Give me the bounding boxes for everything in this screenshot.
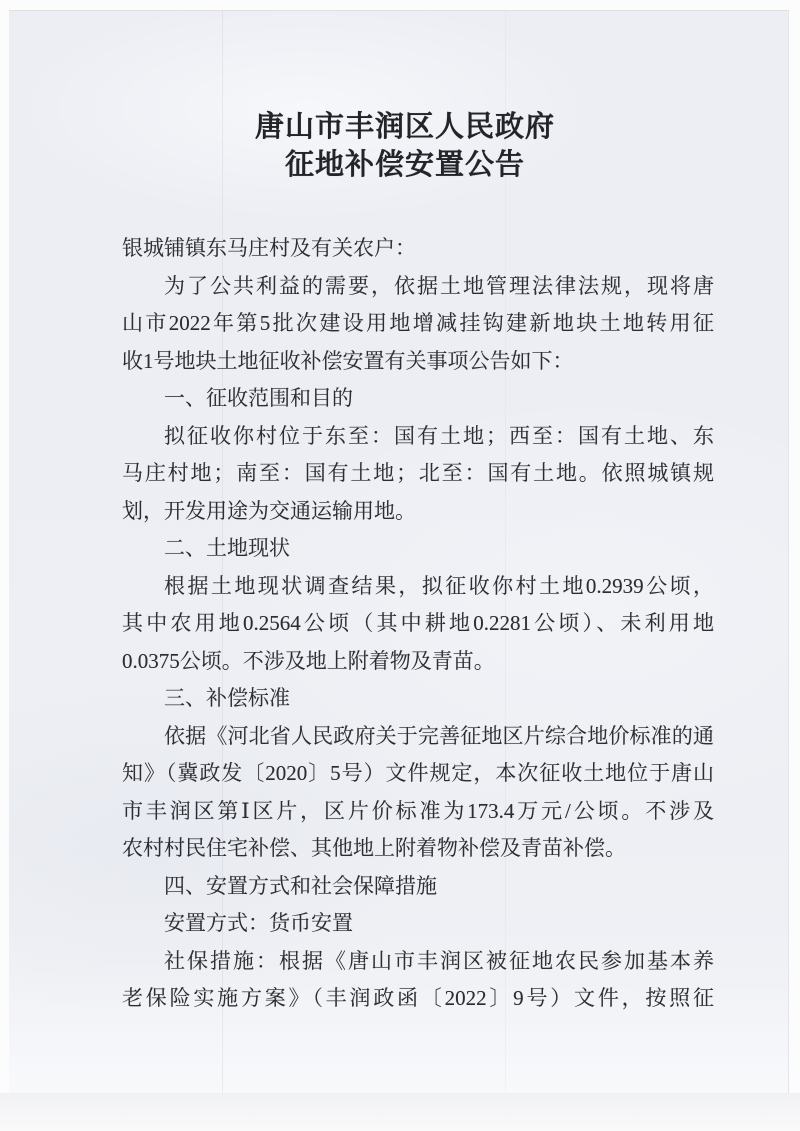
text-line: 0.0375公顷。不涉及地上附着物及青苗。 (122, 643, 714, 681)
text-line: 根据土地现状调查结果，拟征收你村土地0.2939公顷， (122, 568, 714, 606)
notice-body: 银城铺镇东马庄村及有关农户：为了公共利益的需要，依据土地管理法律法规，现将唐山市… (122, 230, 714, 1018)
text-line: 收1号地块土地征收补偿安置有关事项公告如下： (122, 343, 714, 381)
text-line: 银城铺镇东马庄村及有关农户： (122, 230, 714, 268)
text-line: 划，开发用途为交通运输用地。 (122, 493, 714, 531)
text-line: 安置方式：货币安置 (122, 905, 714, 943)
notice-title-line-2: 征地补偿安置公告 (109, 146, 701, 184)
scanner-background (0, 1093, 800, 1131)
text-line: 市丰润区第Ⅰ区片，区片价标准为173.4万元/公顷。不涉及 (122, 793, 714, 831)
text-line: 二、土地现状 (122, 530, 714, 568)
text-line: 为了公共利益的需要，依据土地管理法律法规，现将唐 (122, 268, 714, 306)
notice-title-line-1: 唐山市丰润区人民政府 (109, 108, 701, 146)
paper-sheet: 唐山市丰润区人民政府 征地补偿安置公告 银城铺镇东马庄村及有关农户：为了公共利益… (9, 10, 789, 1093)
text-line: 山市2022年第5批次建设用地增减挂钩建新地块土地转用征 (122, 305, 714, 343)
text-line: 知》（冀政发〔2020〕5号）文件规定，本次征收土地位于唐山 (122, 755, 714, 793)
text-line: 老保险实施方案》（丰润政函〔2022〕9号）文件，按照征 (122, 980, 714, 1018)
text-line: 一、征收范围和目的 (122, 380, 714, 418)
text-line: 拟征收你村位于东至：国有土地；西至：国有土地、东 (122, 418, 714, 456)
text-line: 三、补偿标准 (122, 680, 714, 718)
text-line: 四、安置方式和社会保障措施 (122, 868, 714, 906)
text-line: 依据《河北省人民政府关于完善征地区片综合地价标准的通 (122, 718, 714, 756)
scanned-page: 唐山市丰润区人民政府 征地补偿安置公告 银城铺镇东马庄村及有关农户：为了公共利益… (0, 0, 800, 1131)
text-line: 农村村民住宅补偿、其他地上附着物补偿及青苗补偿。 (122, 830, 714, 868)
text-line: 社保措施：根据《唐山市丰润区被征地农民参加基本养 (122, 943, 714, 981)
text-line: 其中农用地0.2564公顷（其中耕地0.2281公顷）、未利用地 (122, 605, 714, 643)
notice-title: 唐山市丰润区人民政府 征地补偿安置公告 (109, 108, 701, 184)
text-line: 马庄村地；南至：国有土地；北至：国有土地。依照城镇规 (122, 455, 714, 493)
